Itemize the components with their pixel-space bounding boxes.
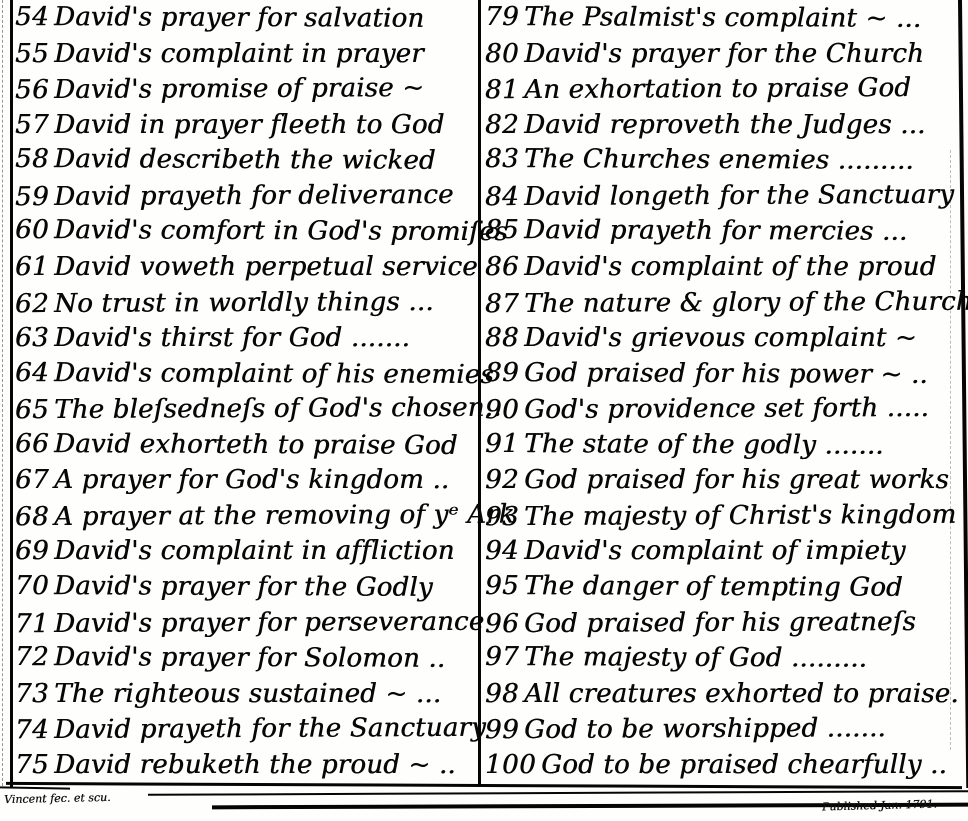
psalm-row: 96God praised for his greatneſs — [485, 604, 963, 641]
publication-credit: Published Jan. 1791. — [822, 797, 937, 813]
psalm-number: 91 — [485, 427, 519, 461]
psalm-number: 72 — [15, 640, 49, 674]
psalm-row: 67A prayer for God's kingdom .. — [15, 463, 477, 497]
psalm-number: 81 — [485, 73, 519, 107]
psalm-number: 54 — [15, 0, 49, 34]
psalm-number: 74 — [15, 713, 49, 747]
psalm-title: David's prayer for salvation — [54, 0, 424, 36]
psalm-title: David prayeth for mercies ... — [524, 214, 907, 250]
psalm-row: 62No trust in worldly things ... — [15, 284, 477, 320]
psalm-title: David prayeth for deliverance — [54, 178, 454, 214]
psalm-number: 64 — [15, 356, 49, 390]
psalm-title: David's promise of praise ~ — [54, 71, 424, 107]
psalm-row: 97The majesty of God ......... — [485, 640, 963, 676]
psalm-list-left-column: 54David's prayer for salvation55David's … — [15, 0, 477, 782]
psalm-number: 79 — [485, 0, 519, 34]
psalm-title: The bleſsedneſs of God's chosen.. — [54, 391, 502, 427]
psalm-row: 86David's complaint of the proud — [485, 250, 963, 284]
psalm-title: The state of the godly ....... — [524, 427, 884, 463]
psalm-row: 90God's providence set forth ..... — [485, 391, 963, 428]
psalm-row: 56David's promise of praise ~ — [15, 71, 477, 107]
psalm-number: 94 — [485, 534, 519, 568]
psalm-row: 87The nature & glory of the Church — [485, 284, 963, 321]
psalm-title: God praised for his great works — [524, 463, 949, 497]
psalm-row: 85David prayeth for mercies ... — [485, 213, 963, 249]
psalm-title: David in prayer fleeth to God — [54, 108, 444, 142]
psalm-number: 89 — [485, 356, 519, 390]
psalm-row: 59David prayeth for deliverance — [15, 178, 477, 214]
psalm-list-right-column: 79The Psalmist's complaint ~ ...80David'… — [485, 0, 963, 782]
psalm-number: 63 — [15, 321, 49, 355]
psalm-row: 65The bleſsedneſs of God's chosen.. — [15, 391, 477, 427]
psalm-number: 87 — [485, 287, 519, 321]
psalm-number: 57 — [15, 108, 49, 142]
psalm-row: 66David exhorteth to praise God — [15, 427, 477, 463]
psalm-row: 81An exhortation to praise God — [485, 71, 963, 108]
psalm-row: 61David voweth perpetual service — [15, 250, 477, 284]
psalm-row: 94David's complaint of impiety — [485, 534, 963, 568]
psalm-number: 61 — [15, 250, 49, 284]
psalm-title: The danger of tempting God — [524, 569, 903, 605]
psalm-number: 58 — [15, 142, 49, 176]
psalm-number: 98 — [485, 677, 519, 711]
psalm-number: 83 — [485, 142, 519, 176]
psalm-number: 96 — [485, 607, 519, 641]
psalm-title: David's comfort in God's promiſes — [54, 214, 508, 250]
psalm-number: 69 — [15, 534, 49, 568]
psalm-row: 75David rebuketh the proud ~ .. — [15, 748, 477, 782]
psalm-title: David's prayer for perseverance — [54, 604, 484, 640]
psalm-row: 100God to be praised chearfully .. — [485, 748, 963, 782]
engraver-credit: Vincent fec. et scu. — [4, 791, 111, 806]
psalm-number: 93 — [485, 500, 519, 534]
psalm-number: 68 — [15, 500, 49, 534]
psalm-title: David's complaint in affliction — [54, 534, 454, 568]
psalm-title: All creatures exhorted to praise. — [524, 677, 959, 711]
psalm-row: 98All creatures exhorted to praise. — [485, 677, 963, 711]
left-border-rule — [10, 0, 13, 788]
psalm-row: 58David describeth the wicked — [15, 142, 477, 178]
psalm-row: 88David's grievous complaint ~ — [485, 321, 963, 355]
psalm-title: David voweth perpetual service — [54, 250, 478, 284]
psalm-title: No trust in worldly things ... — [54, 285, 434, 321]
psalm-title: The majesty of Christ's kingdom — [524, 498, 956, 534]
psalm-row: 89God praised for his power ~ .. — [485, 356, 963, 392]
psalm-number: 70 — [15, 569, 49, 603]
psalm-title: David reproveth the Judges ... — [524, 108, 925, 142]
psalm-title: David's prayer for the Godly — [54, 569, 433, 605]
psalm-number: 71 — [15, 607, 49, 641]
psalm-row: 79The Psalmist's complaint ~ ... — [485, 0, 963, 36]
psalm-title: The Psalmist's complaint ~ ... — [524, 0, 921, 36]
left-dashed-guide-line — [2, 0, 3, 786]
psalm-row: 57David in prayer fleeth to God — [15, 108, 477, 142]
psalm-number: 97 — [485, 640, 519, 674]
psalm-row: 69David's complaint in affliction — [15, 534, 477, 568]
psalm-row: 92God praised for his great works — [485, 463, 963, 497]
psalm-title: David's complaint of impiety — [524, 534, 905, 568]
psalm-row: 74David prayeth for the Sanctuary — [15, 711, 477, 747]
psalm-row: 64David's complaint of his enemies — [15, 356, 477, 392]
psalm-title: David's thirst for God ....... — [54, 321, 410, 355]
psalm-row: 83The Churches enemies ......... — [485, 142, 963, 178]
psalm-title: David rebuketh the proud ~ .. — [54, 748, 456, 782]
psalm-title: God's providence set forth ..... — [524, 391, 929, 427]
psalm-title: God praised for his greatneſs — [524, 605, 916, 641]
lower-rule-thin — [148, 790, 968, 796]
psalm-number: 56 — [15, 73, 49, 107]
psalm-title: David's complaint in prayer — [54, 37, 424, 71]
psalm-title: God praised for his power ~ .. — [524, 356, 928, 392]
psalm-number: 88 — [485, 321, 519, 355]
psalm-row: 84David longeth for the Sanctuary — [485, 178, 963, 215]
psalm-number: 75 — [15, 748, 49, 782]
psalm-title: David's complaint of his enemies — [54, 356, 494, 392]
psalm-number: 66 — [15, 427, 49, 461]
frame-bottom-rule — [6, 782, 962, 789]
psalm-row: 71David's prayer for perseverance — [15, 604, 477, 640]
psalm-title: An exhortation to praise God — [524, 71, 911, 107]
psalm-number: 65 — [15, 393, 49, 427]
psalm-row: 72David's prayer for Solomon .. — [15, 640, 477, 676]
psalm-row: 68A prayer at the removing of yᵉ Ark — [15, 498, 477, 534]
psalm-title: The righteous sustained ~ ... — [54, 677, 441, 711]
psalm-title: David's prayer for Solomon .. — [54, 640, 445, 676]
psalm-row: 80David's prayer for the Church — [485, 37, 963, 71]
psalm-title: David longeth for the Sanctuary — [524, 178, 954, 214]
psalm-row: 95The danger of tempting God — [485, 569, 963, 605]
psalm-title: God to be worshipped ....... — [524, 711, 886, 747]
psalm-row: 82David reproveth the Judges ... — [485, 108, 963, 142]
psalm-number: 82 — [485, 108, 519, 142]
psalm-number: 55 — [15, 37, 49, 71]
psalm-title: David's grievous complaint ~ — [524, 321, 917, 355]
psalm-row: 91The state of the godly ....... — [485, 427, 963, 463]
psalm-number: 73 — [15, 677, 49, 711]
psalm-row: 55David's complaint in prayer — [15, 37, 477, 71]
psalm-number: 86 — [485, 250, 519, 284]
psalm-number: 92 — [485, 463, 519, 497]
psalm-number: 99 — [485, 713, 519, 747]
psalm-number: 80 — [485, 37, 519, 71]
psalm-row: 93The majesty of Christ's kingdom — [485, 498, 963, 535]
psalm-number: 100 — [485, 748, 536, 782]
psalm-title: David's prayer for the Church — [524, 37, 924, 71]
psalm-number: 60 — [15, 213, 49, 247]
psalm-title: The nature & glory of the Church — [524, 284, 968, 320]
psalm-title: David prayeth for the Sanctuary — [54, 711, 486, 747]
engraved-psalm-index-plate: 54David's prayer for salvation55David's … — [0, 0, 968, 821]
psalm-number: 62 — [15, 287, 49, 321]
psalm-number: 90 — [485, 393, 519, 427]
psalm-row: 63David's thirst for God ....... — [15, 321, 477, 355]
psalm-row: 99God to be worshipped ....... — [485, 711, 963, 748]
psalm-number: 85 — [485, 213, 519, 247]
psalm-title: A prayer at the removing of yᵉ Ark — [54, 497, 515, 533]
psalm-title: God to be praised chearfully .. — [541, 748, 947, 782]
psalm-row: 70David's prayer for the Godly — [15, 569, 477, 605]
psalm-title: David exhorteth to praise God — [54, 427, 458, 463]
psalm-row: 60David's comfort in God's promiſes — [15, 213, 477, 249]
psalm-title: The Churches enemies ......... — [524, 142, 914, 178]
psalm-title: David describeth the wicked — [54, 142, 436, 178]
psalm-number: 67 — [15, 463, 49, 497]
psalm-title: A prayer for God's kingdom .. — [54, 463, 449, 497]
psalm-number: 95 — [485, 569, 519, 603]
psalm-row: 73The righteous sustained ~ ... — [15, 677, 477, 711]
psalm-number: 84 — [485, 180, 519, 214]
psalm-title: David's complaint of the proud — [524, 250, 936, 284]
psalm-row: 54David's prayer for salvation — [15, 0, 477, 36]
bottom-left-stub-rule — [0, 786, 70, 789]
psalm-number: 59 — [15, 180, 49, 214]
psalm-title: The majesty of God ......... — [524, 640, 867, 675]
